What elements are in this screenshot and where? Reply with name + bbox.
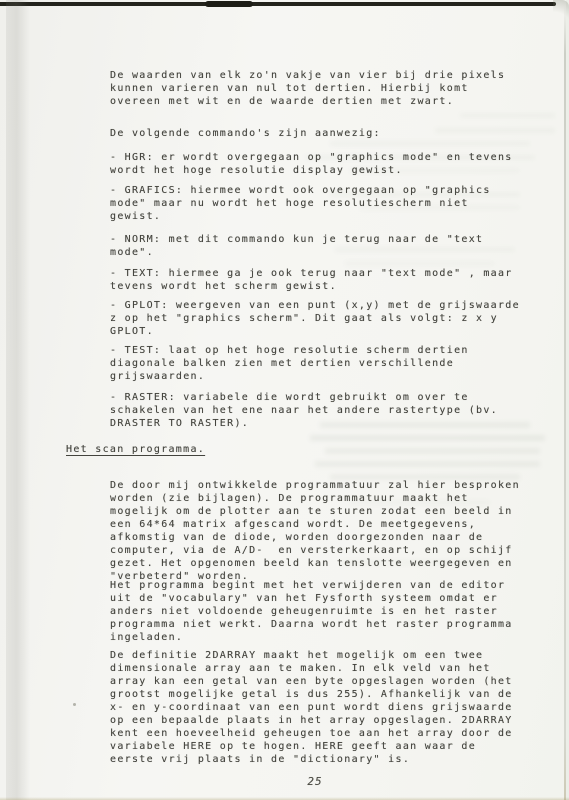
binding-crease — [6, 0, 30, 800]
bleedthrough-mark — [330, 141, 530, 146]
command-item-test: - TEST: laat op het hoge resolutie scher… — [110, 344, 555, 383]
bleedthrough-mark — [310, 435, 545, 441]
command-item-gplot: - GPLOT: weergeven van een punt (x,y) me… — [110, 299, 555, 338]
scan-edge-top-notch — [205, 1, 253, 7]
paragraph-scan-program-1: De door mij ontwikkelde programmatuur za… — [110, 479, 555, 583]
dust-speck — [73, 703, 76, 706]
command-item-norm: - NORM: met dit commando kun je terug na… — [110, 233, 555, 259]
bleedthrough-mark — [460, 113, 555, 118]
command-item-text: - TEXT: hiermee ga je ook terug naar "te… — [110, 267, 555, 293]
page-edge-line — [564, 6, 566, 800]
scanned-page: De waarden van elk zo'n vakje van vier b… — [0, 0, 569, 800]
bleedthrough-mark — [345, 261, 495, 266]
paragraph-scan-program-2: Het programma begint met het verwijderen… — [110, 579, 555, 644]
commands-intro: De volgende commando's zijn aanwezig: — [110, 127, 555, 140]
paragraph-scan-program-3: De definitie 2DARRAY maakt het mogelijk … — [110, 649, 555, 766]
page-corner-shade — [553, 0, 569, 34]
section-heading: Het scan programma. — [66, 443, 511, 456]
command-item-hgr: - HGR: er wordt overgegaan op "graphics … — [110, 151, 555, 177]
page-number: 25 — [110, 775, 520, 788]
paragraph-pixel-values: De waarden van elk zo'n vakje van vier b… — [110, 69, 555, 108]
bleedthrough-mark — [315, 461, 540, 467]
command-item-raster: - RASTER: variabele die wordt gebruikt o… — [110, 391, 555, 430]
command-item-grafics: - GRAFICS: hiermee wordt ook overgegaan … — [110, 184, 555, 223]
scan-edge-top — [0, 2, 556, 6]
